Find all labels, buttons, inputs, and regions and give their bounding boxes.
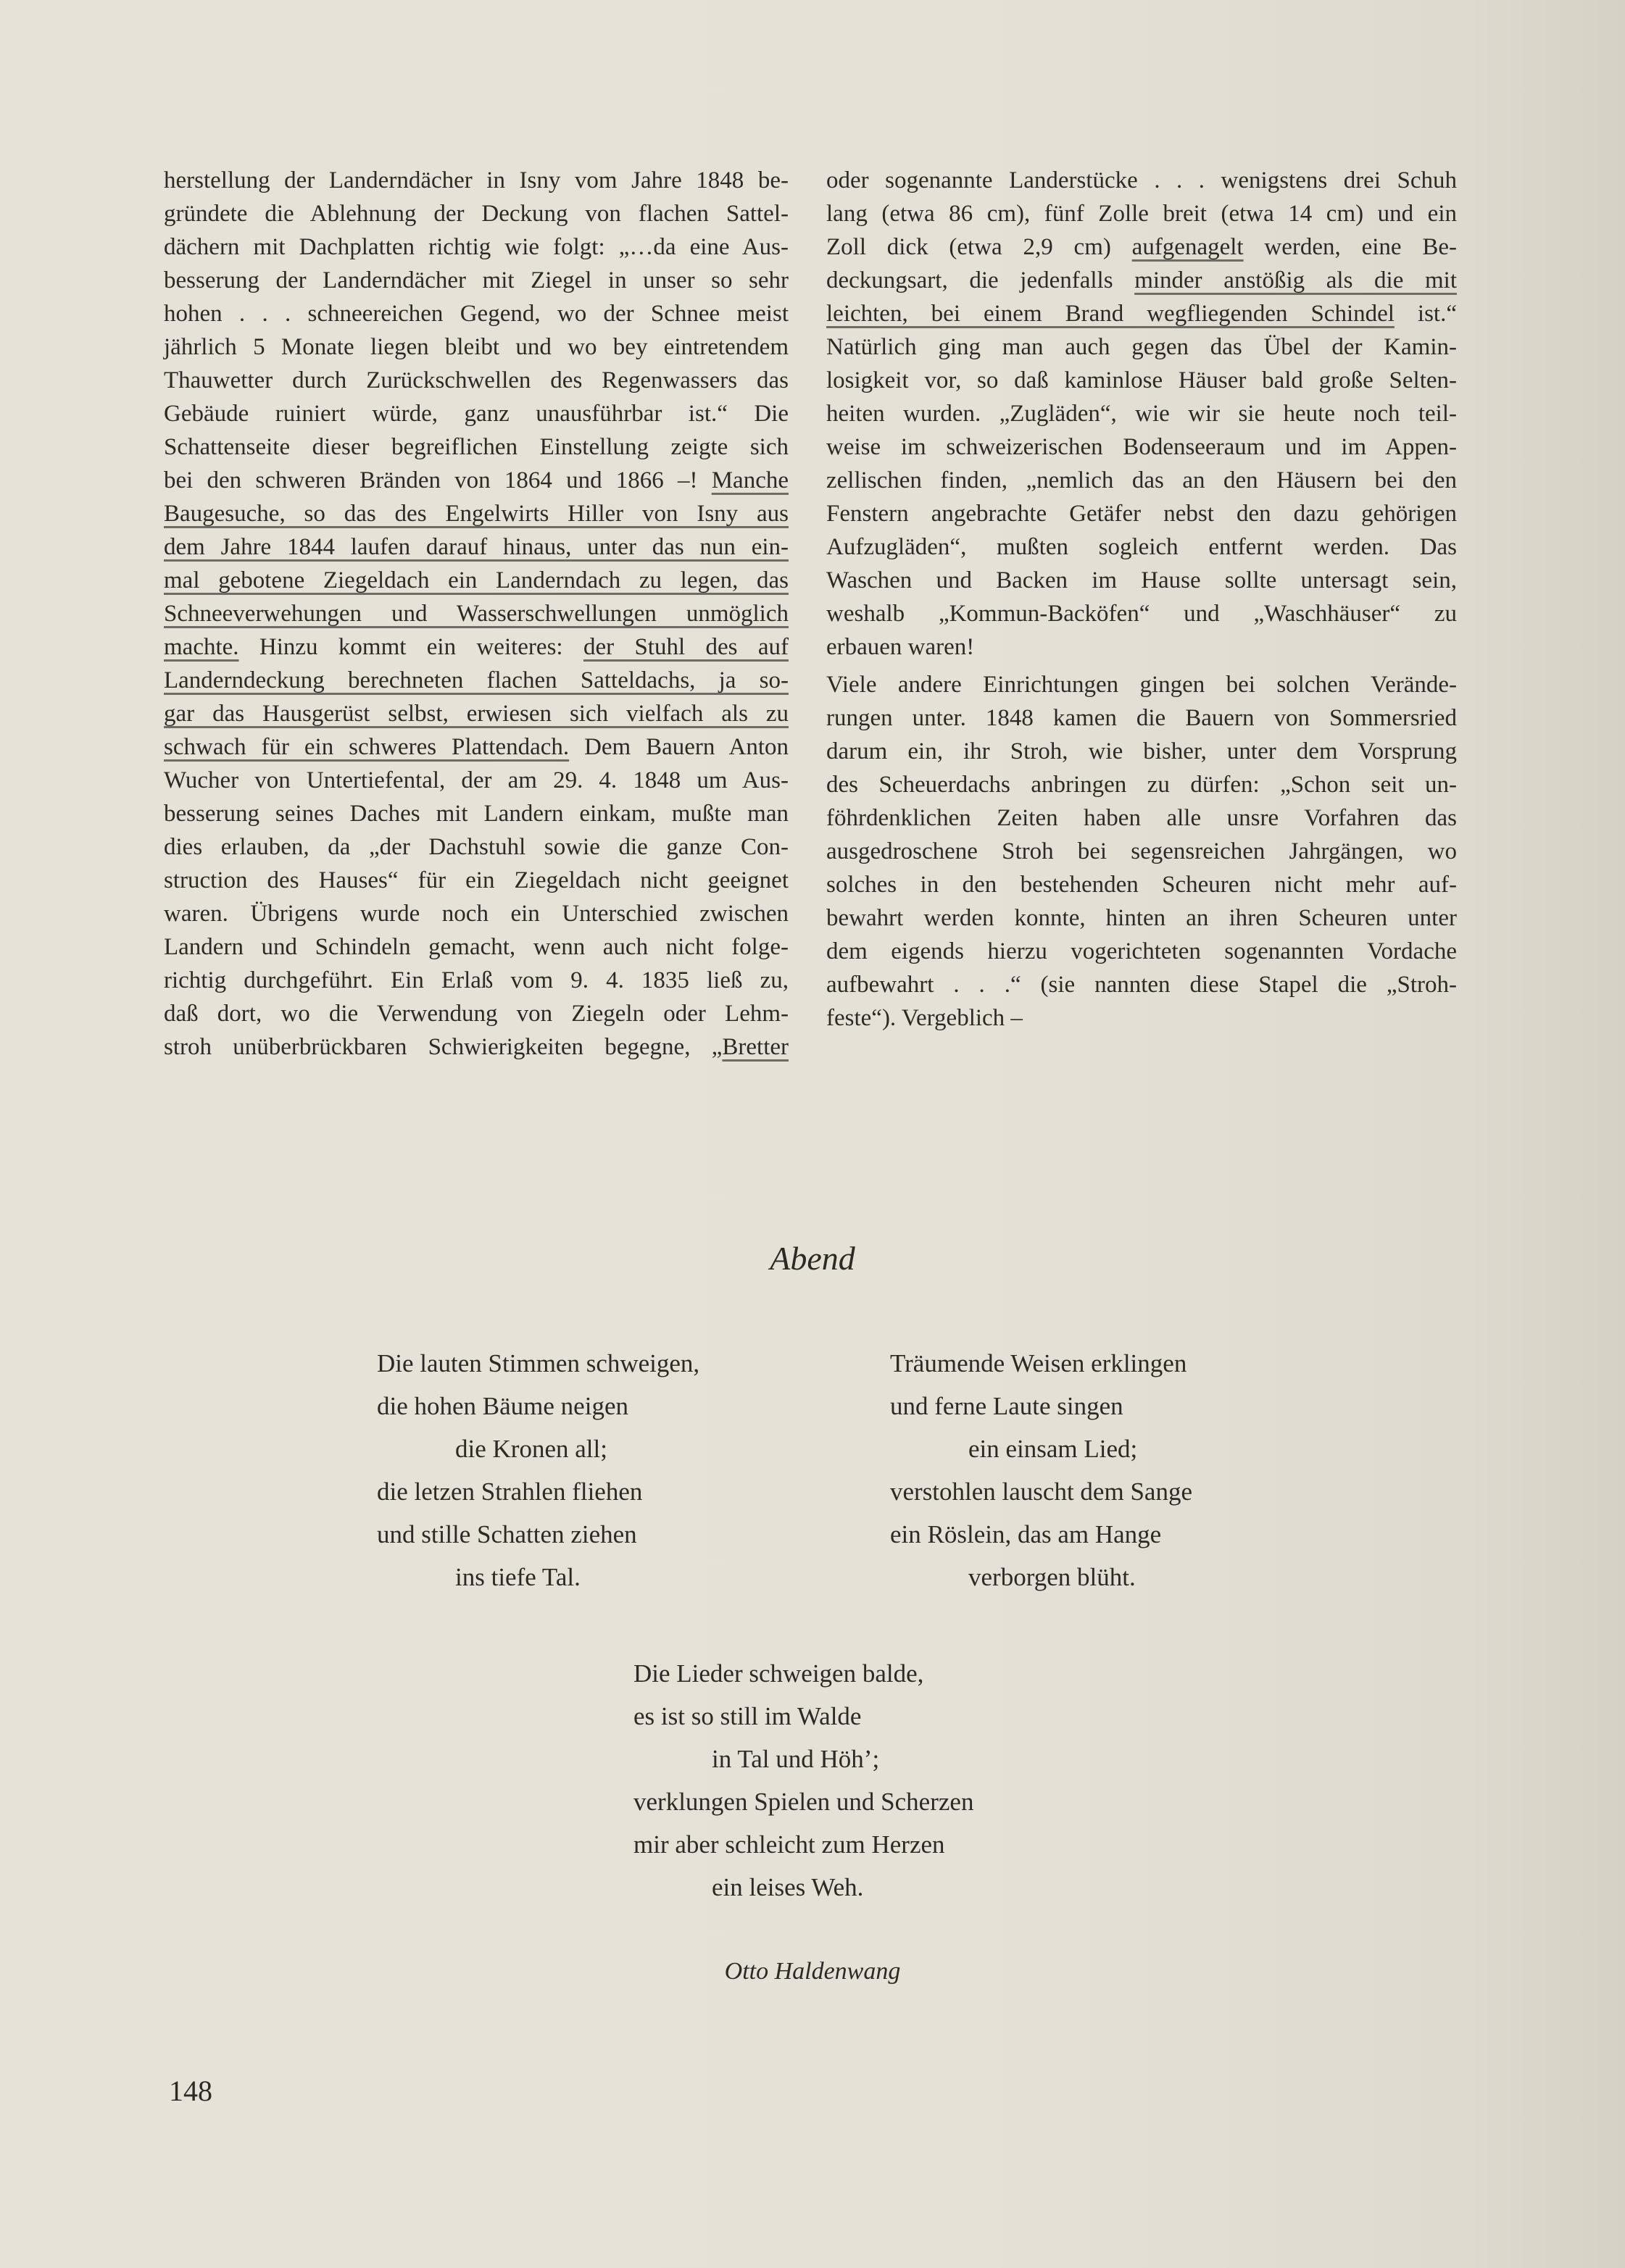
body-paragraph: herstellung der Landerndächer in Isny vo… <box>164 164 789 1064</box>
poem-line: es ist so still im Walde <box>633 1695 973 1738</box>
text-line: Baugesuche, so das des Engelwirts Hiller… <box>164 497 789 530</box>
text-line: föhrdenklichen Zeiten haben alle unsre V… <box>826 801 1457 835</box>
text-line: besserung seines Daches mit Landern eink… <box>164 797 789 830</box>
right-text-column: oder sogenannte Landerstücke . . . wenig… <box>826 164 1457 1035</box>
text-line: schwach für ein schweres Plattendach. De… <box>164 730 789 764</box>
text-run: deckungsart, die jedenfalls <box>826 267 1134 293</box>
text-line: bewahrt werden konnte, hinten an ihren S… <box>826 901 1457 935</box>
poem-line: die hohen Bäume neigen <box>377 1385 699 1427</box>
text-line: Waschen und Backen im Hause sollte unter… <box>826 564 1457 597</box>
text-run: werden, eine Be- <box>1244 234 1457 260</box>
text-line: feste“). Vergeblich – <box>826 1001 1457 1035</box>
text-line: herstellung der Landerndächer in Isny vo… <box>164 164 789 197</box>
text-line: daß dort, wo die Verwendung von Ziegeln … <box>164 997 789 1030</box>
text-line: richtig durchgeführt. Ein Erlaß vom 9. 4… <box>164 964 789 997</box>
text-line: Aufzugläden“, mußten sogleich entfernt w… <box>826 530 1457 564</box>
text-line: dächern mit Dachplatten richtig wie folg… <box>164 230 789 264</box>
text-line: Fenstern angebrachte Getäfer nebst den d… <box>826 497 1457 530</box>
text-line: Gebäude ruiniert würde, ganz unausführba… <box>164 397 789 430</box>
poem-line: die letzen Strahlen fliehen <box>377 1470 699 1513</box>
text-line: aufbewahrt . . .“ (sie nannten diese Sta… <box>826 968 1457 1001</box>
underlined-passage: Manche <box>712 467 789 493</box>
text-line: Schneeverwehungen und Wasserschwellungen… <box>164 597 789 630</box>
poem-line: die Kronen all; <box>377 1427 699 1470</box>
poem-line: und ferne Laute singen <box>890 1385 1192 1427</box>
poem-title: Abend <box>0 1239 1625 1277</box>
text-line: dem eigends hierzu vogerichteten sogenan… <box>826 935 1457 968</box>
page-number: 148 <box>169 2074 212 2108</box>
poem-line: ein leises Weh. <box>633 1866 973 1909</box>
text-line: Landern und Schindeln gemacht, wenn auch… <box>164 930 789 964</box>
text-line: lang (etwa 86 cm), fünf Zolle breit (etw… <box>826 197 1457 230</box>
underlined-passage: Schneeverwehungen und Wasserschwellungen… <box>164 601 789 627</box>
underlined-passage: dem Jahre 1844 laufen darauf hinaus, unt… <box>164 534 789 560</box>
text-line: stroh unüberbrückbaren Schwierigkeiten b… <box>164 1030 789 1064</box>
body-paragraph: oder sogenannte Landerstücke . . . wenig… <box>826 164 1457 664</box>
text-line: Schattenseite dieser begreiflichen Einst… <box>164 430 789 464</box>
text-run: Dem Bauern Anton <box>569 734 789 760</box>
text-line: mal gebotene Ziegeldach ein Landerndach … <box>164 564 789 597</box>
text-line: Zoll dick (etwa 2,9 cm) aufgenagelt werd… <box>826 230 1457 264</box>
text-line: heiten wurden. „Zugläden“, wie wir sie h… <box>826 397 1457 430</box>
underlined-passage: schwach für ein schweres Plattendach. <box>164 734 569 760</box>
poem-stanza-1: Die lauten Stimmen schweigen, die hohen … <box>377 1342 699 1598</box>
text-line: bei den schweren Bränden von 1864 und 18… <box>164 464 789 497</box>
text-line: weshalb „Kommun-Backöfen“ und „Waschhäus… <box>826 597 1457 630</box>
underlined-passage: Landerndeckung berechneten flachen Satte… <box>164 667 789 693</box>
text-line: Viele andere Einrichtungen gingen bei so… <box>826 668 1457 701</box>
underlined-passage: aufgenagelt <box>1132 234 1244 260</box>
text-line: ausgedroschene Stroh bei segensreichen J… <box>826 835 1457 868</box>
poem-line: mir aber schleicht zum Herzen <box>633 1823 973 1866</box>
poem-line: in Tal und Höh’; <box>633 1738 973 1780</box>
text-line: waren. Übrigens wurde noch ein Unterschi… <box>164 897 789 930</box>
underlined-passage: machte. <box>164 634 239 660</box>
left-text-column: herstellung der Landerndächer in Isny vo… <box>164 164 789 1064</box>
poem-line: verklungen Spielen und Scherzen <box>633 1780 973 1823</box>
body-paragraph: Viele andere Einrichtungen gingen bei so… <box>826 668 1457 1035</box>
poem-line: und stille Schatten ziehen <box>377 1513 699 1556</box>
text-line: zellischen finden, „nemlich das an den H… <box>826 464 1457 497</box>
text-line: losigkeit vor, so daß kaminlose Häuser b… <box>826 364 1457 397</box>
text-line: oder sogenannte Landerstücke . . . wenig… <box>826 164 1457 197</box>
text-line: Thauwetter durch Zurückschwellen des Reg… <box>164 364 789 397</box>
underlined-passage: gar das Hausgerüst selbst, erwiesen sich… <box>164 701 789 727</box>
underlined-passage: leichten, bei einem Brand wegfliegenden … <box>826 301 1395 327</box>
poem-author: Otto Haldenwang <box>0 1958 1625 1985</box>
text-line: Wucher von Untertiefental, der am 29. 4.… <box>164 764 789 797</box>
text-line: jährlich 5 Monate liegen bleibt und wo b… <box>164 330 789 364</box>
text-line: gründete die Ablehnung der Deckung von f… <box>164 197 789 230</box>
text-line: deckungsart, die jedenfalls minder anstö… <box>826 264 1457 297</box>
underlined-passage: mal gebotene Ziegeldach ein Landerndach … <box>164 567 789 593</box>
text-line: Natürlich ging man auch gegen das Übel d… <box>826 330 1457 364</box>
poem-line: Die Lieder schweigen balde, <box>633 1652 973 1695</box>
text-line: erbauen waren! <box>826 630 1457 664</box>
poem-line: ein einsam Lied; <box>890 1427 1192 1470</box>
text-run: Zoll dick (etwa 2,9 cm) <box>826 234 1132 260</box>
poem-stanza-2: Träumende Weisen erklingen und ferne Lau… <box>890 1342 1192 1598</box>
text-line: rungen unter. 1848 kamen die Bauern von … <box>826 701 1457 735</box>
poem-line: Die lauten Stimmen schweigen, <box>377 1342 699 1385</box>
text-line: solches in den bestehenden Scheuren nich… <box>826 868 1457 901</box>
underlined-passage: minder anstößig als die mit <box>1134 267 1457 293</box>
text-line: weise im schweizerischen Bodenseeraum un… <box>826 430 1457 464</box>
poem-line: ein Röslein, das am Hange <box>890 1513 1192 1556</box>
text-line: leichten, bei einem Brand wegfliegenden … <box>826 297 1457 330</box>
text-line: gar das Hausgerüst selbst, erwiesen sich… <box>164 697 789 730</box>
poem-line: ins tiefe Tal. <box>377 1556 699 1598</box>
text-run: bei den schweren Bränden von 1864 und 18… <box>164 467 712 493</box>
underlined-passage: Bretter <box>722 1034 789 1060</box>
text-run: ist.“ <box>1395 301 1457 327</box>
underlined-passage: Baugesuche, so das des Engelwirts Hiller… <box>164 501 789 527</box>
text-line: dem Jahre 1844 laufen darauf hinaus, unt… <box>164 530 789 564</box>
text-run: stroh unüberbrückbaren Schwierigkeiten b… <box>164 1034 722 1060</box>
text-line: Landerndeckung berechneten flachen Satte… <box>164 664 789 697</box>
poem-line: verstohlen lauscht dem Sange <box>890 1470 1192 1513</box>
text-line: des Scheuerdachs anbringen zu dürfen: „S… <box>826 768 1457 801</box>
underlined-passage: der Stuhl des auf <box>583 634 789 660</box>
poem-line: verborgen blüht. <box>890 1556 1192 1598</box>
text-line: darum ein, ihr Stroh, wie bisher, unter … <box>826 735 1457 768</box>
document-page: herstellung der Landerndächer in Isny vo… <box>0 0 1625 2268</box>
text-line: struction des Hauses“ für ein Ziegeldach… <box>164 864 789 897</box>
poem-line: Träumende Weisen erklingen <box>890 1342 1192 1385</box>
text-line: dies erlauben, da „der Dachstuhl sowie d… <box>164 830 789 864</box>
text-run: Hinzu kommt ein weiteres: <box>239 634 583 660</box>
text-line: machte. Hinzu kommt ein weiteres: der St… <box>164 630 789 664</box>
text-line: besserung der Landerndächer mit Ziegel i… <box>164 264 789 297</box>
poem-stanza-3: Die Lieder schweigen balde, es ist so st… <box>633 1652 973 1909</box>
text-line: hohen . . . schneereichen Gegend, wo der… <box>164 297 789 330</box>
